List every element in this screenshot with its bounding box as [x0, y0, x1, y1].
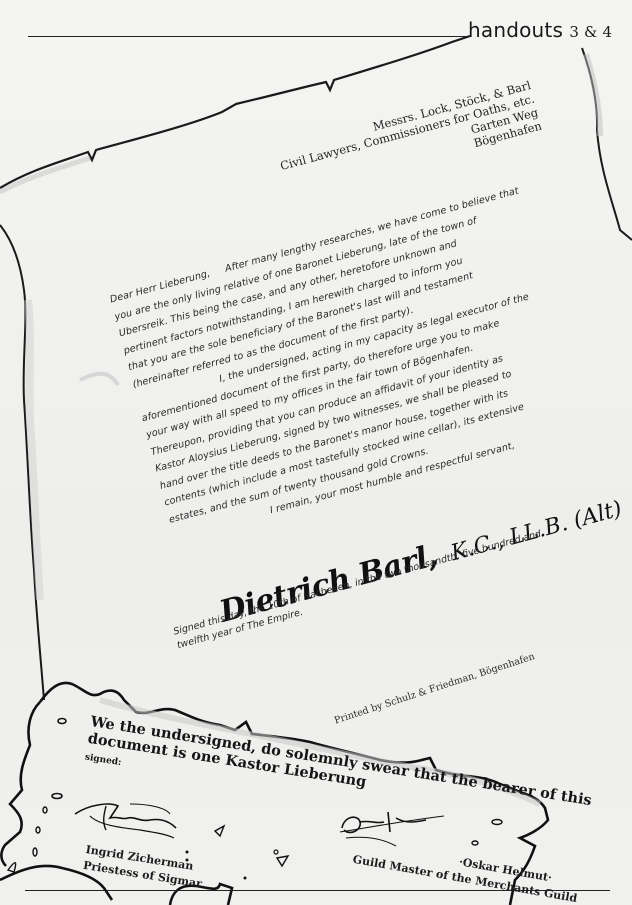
handout-page: handouts 3 & 4: [0, 0, 632, 905]
